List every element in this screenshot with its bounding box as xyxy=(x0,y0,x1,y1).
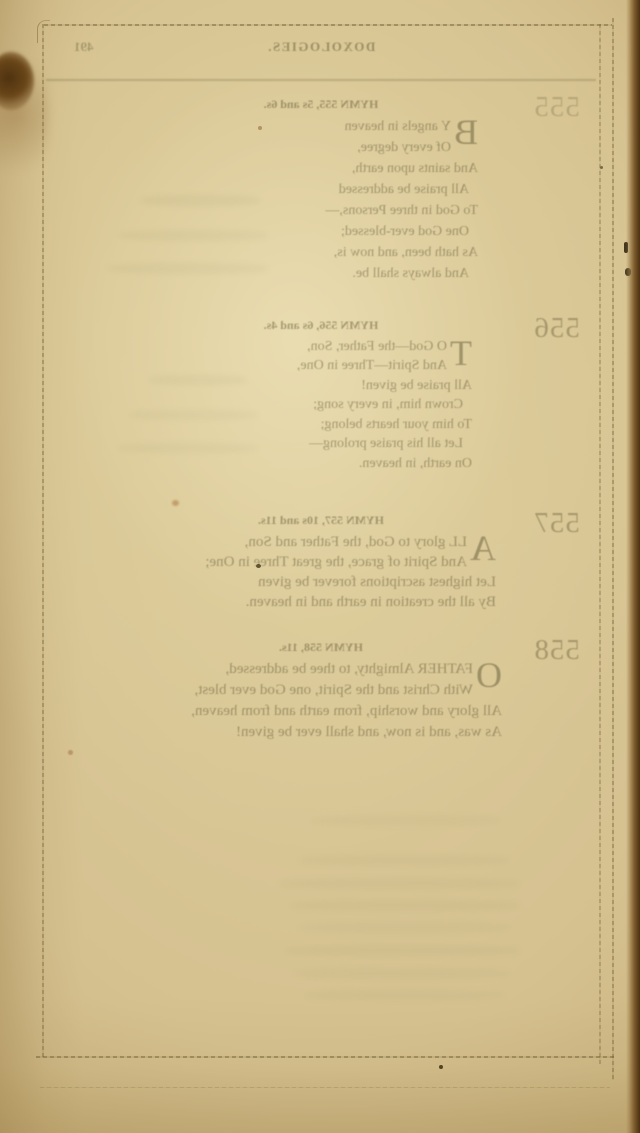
running-head: DOXOLOGIES. xyxy=(46,39,596,55)
hymn-line: As hath been, and now is, xyxy=(46,242,478,263)
hymn-stanza: OFATHER Almighty, to thee be addressed, … xyxy=(46,659,502,743)
hymn-list: 555 HYMN 555, 5s and 6s. BY angels in he… xyxy=(46,97,596,744)
hymn-line: And saints upon earth, xyxy=(46,158,478,179)
hymn-line: Of every degree, xyxy=(46,137,469,158)
hymn-line: Let all his praise prolong— xyxy=(46,434,463,454)
hymn-heading: HYMN 557, 10s and 11s. xyxy=(46,513,596,528)
hymn-lines: With Christ and the Spirit, one God ever… xyxy=(46,680,502,743)
hymn-heading: HYMN 556, 6s and 4s. xyxy=(46,318,596,333)
hymn-lines: Of every degree,And saints upon earth,Al… xyxy=(46,137,478,284)
hymn-line: To God in three Persons,— xyxy=(46,200,478,221)
hymn-heading: HYMN 558, 11s. xyxy=(46,640,596,655)
hymn-line: All glory and worship, from earth and fr… xyxy=(46,701,502,722)
hymn-number: 558 xyxy=(534,634,581,667)
hymn-number: 557 xyxy=(534,507,581,540)
hymn-line: As was, and is now, and shall ever be gi… xyxy=(46,722,502,743)
page-header: DOXOLOGIES. 491 xyxy=(46,25,596,73)
drop-cap: A xyxy=(470,533,496,563)
drop-cap: B xyxy=(454,117,478,147)
hymn-line: FATHER Almighty, to thee be addressed, xyxy=(226,661,473,677)
hymn-line: With Christ and the Spirit, one God ever… xyxy=(46,680,502,701)
border-frame-bottom-faint xyxy=(40,1087,610,1088)
hymn-entry: 558 HYMN 558, 11s. OFATHER Almighty, to … xyxy=(46,640,596,743)
hymn-line: All praise be given! xyxy=(46,376,472,396)
drop-cap: O xyxy=(476,660,502,690)
border-frame-left xyxy=(42,24,44,1057)
hymn-stanza: TO God—the Father, Son, And Spirit—Three… xyxy=(46,337,472,474)
hymn-heading: HYMN 555, 5s and 6s. xyxy=(46,97,596,112)
hymn-line: Crown him, in every song; xyxy=(46,395,463,415)
hymn-line: All praise be addressed xyxy=(46,179,469,200)
hymn-entry: 555 HYMN 555, 5s and 6s. BY angels in he… xyxy=(46,97,596,284)
scanned-book-page: DOXOLOGIES. 491 555 HYMN 555, 5s and 6s.… xyxy=(0,0,640,1133)
hymn-number: 555 xyxy=(534,91,581,124)
border-frame-right-inner xyxy=(599,24,601,1064)
ink-speck xyxy=(439,1065,443,1069)
page-edge-shadow xyxy=(626,0,640,1133)
border-frame-right-outer xyxy=(612,18,614,1080)
bleedthrough-content: DOXOLOGIES. 491 555 HYMN 555, 5s and 6s.… xyxy=(46,25,596,1055)
hymn-line: Y angels in heaven xyxy=(345,119,451,134)
border-frame-bottom xyxy=(36,1056,614,1058)
hymn-line: LL glory to God, the Father and Son, xyxy=(245,534,467,550)
hymn-lines: And Spirit—Three in One,All praise be gi… xyxy=(46,356,472,473)
hymn-stanza: BY angels in heaven Of every degree,And … xyxy=(46,116,478,284)
hymn-line: On earth, in heaven. xyxy=(46,454,472,474)
hymn-line: One God ever-blessed; xyxy=(46,221,469,242)
hymn-entry: 556 HYMN 556, 6s and 4s. TO God—the Fath… xyxy=(46,318,596,474)
hymn-number: 556 xyxy=(534,312,581,345)
hymn-entry: 557 HYMN 557, 10s and 11s. ALL glory to … xyxy=(46,513,596,612)
hymn-line: To him your hearts belong; xyxy=(46,415,472,435)
hymn-line: And always shall be. xyxy=(46,263,469,284)
header-rule xyxy=(46,79,596,81)
drop-cap: T xyxy=(450,338,472,368)
hymn-line: Let highest ascriptions forever be given xyxy=(46,572,496,592)
hymn-line: By all the creation in earth and in heav… xyxy=(46,592,496,612)
hymn-stanza: ALL glory to God, the Father and Son, An… xyxy=(46,532,496,612)
page-number: 491 xyxy=(74,39,94,55)
hymn-line: And Spirit of grace, the great Three in … xyxy=(46,552,496,572)
hymn-line: And Spirit—Three in One, xyxy=(46,356,463,376)
hymn-lines: And Spirit of grace, the great Three in … xyxy=(46,552,496,612)
hymn-line: O God—the Father, Son, xyxy=(307,339,447,354)
